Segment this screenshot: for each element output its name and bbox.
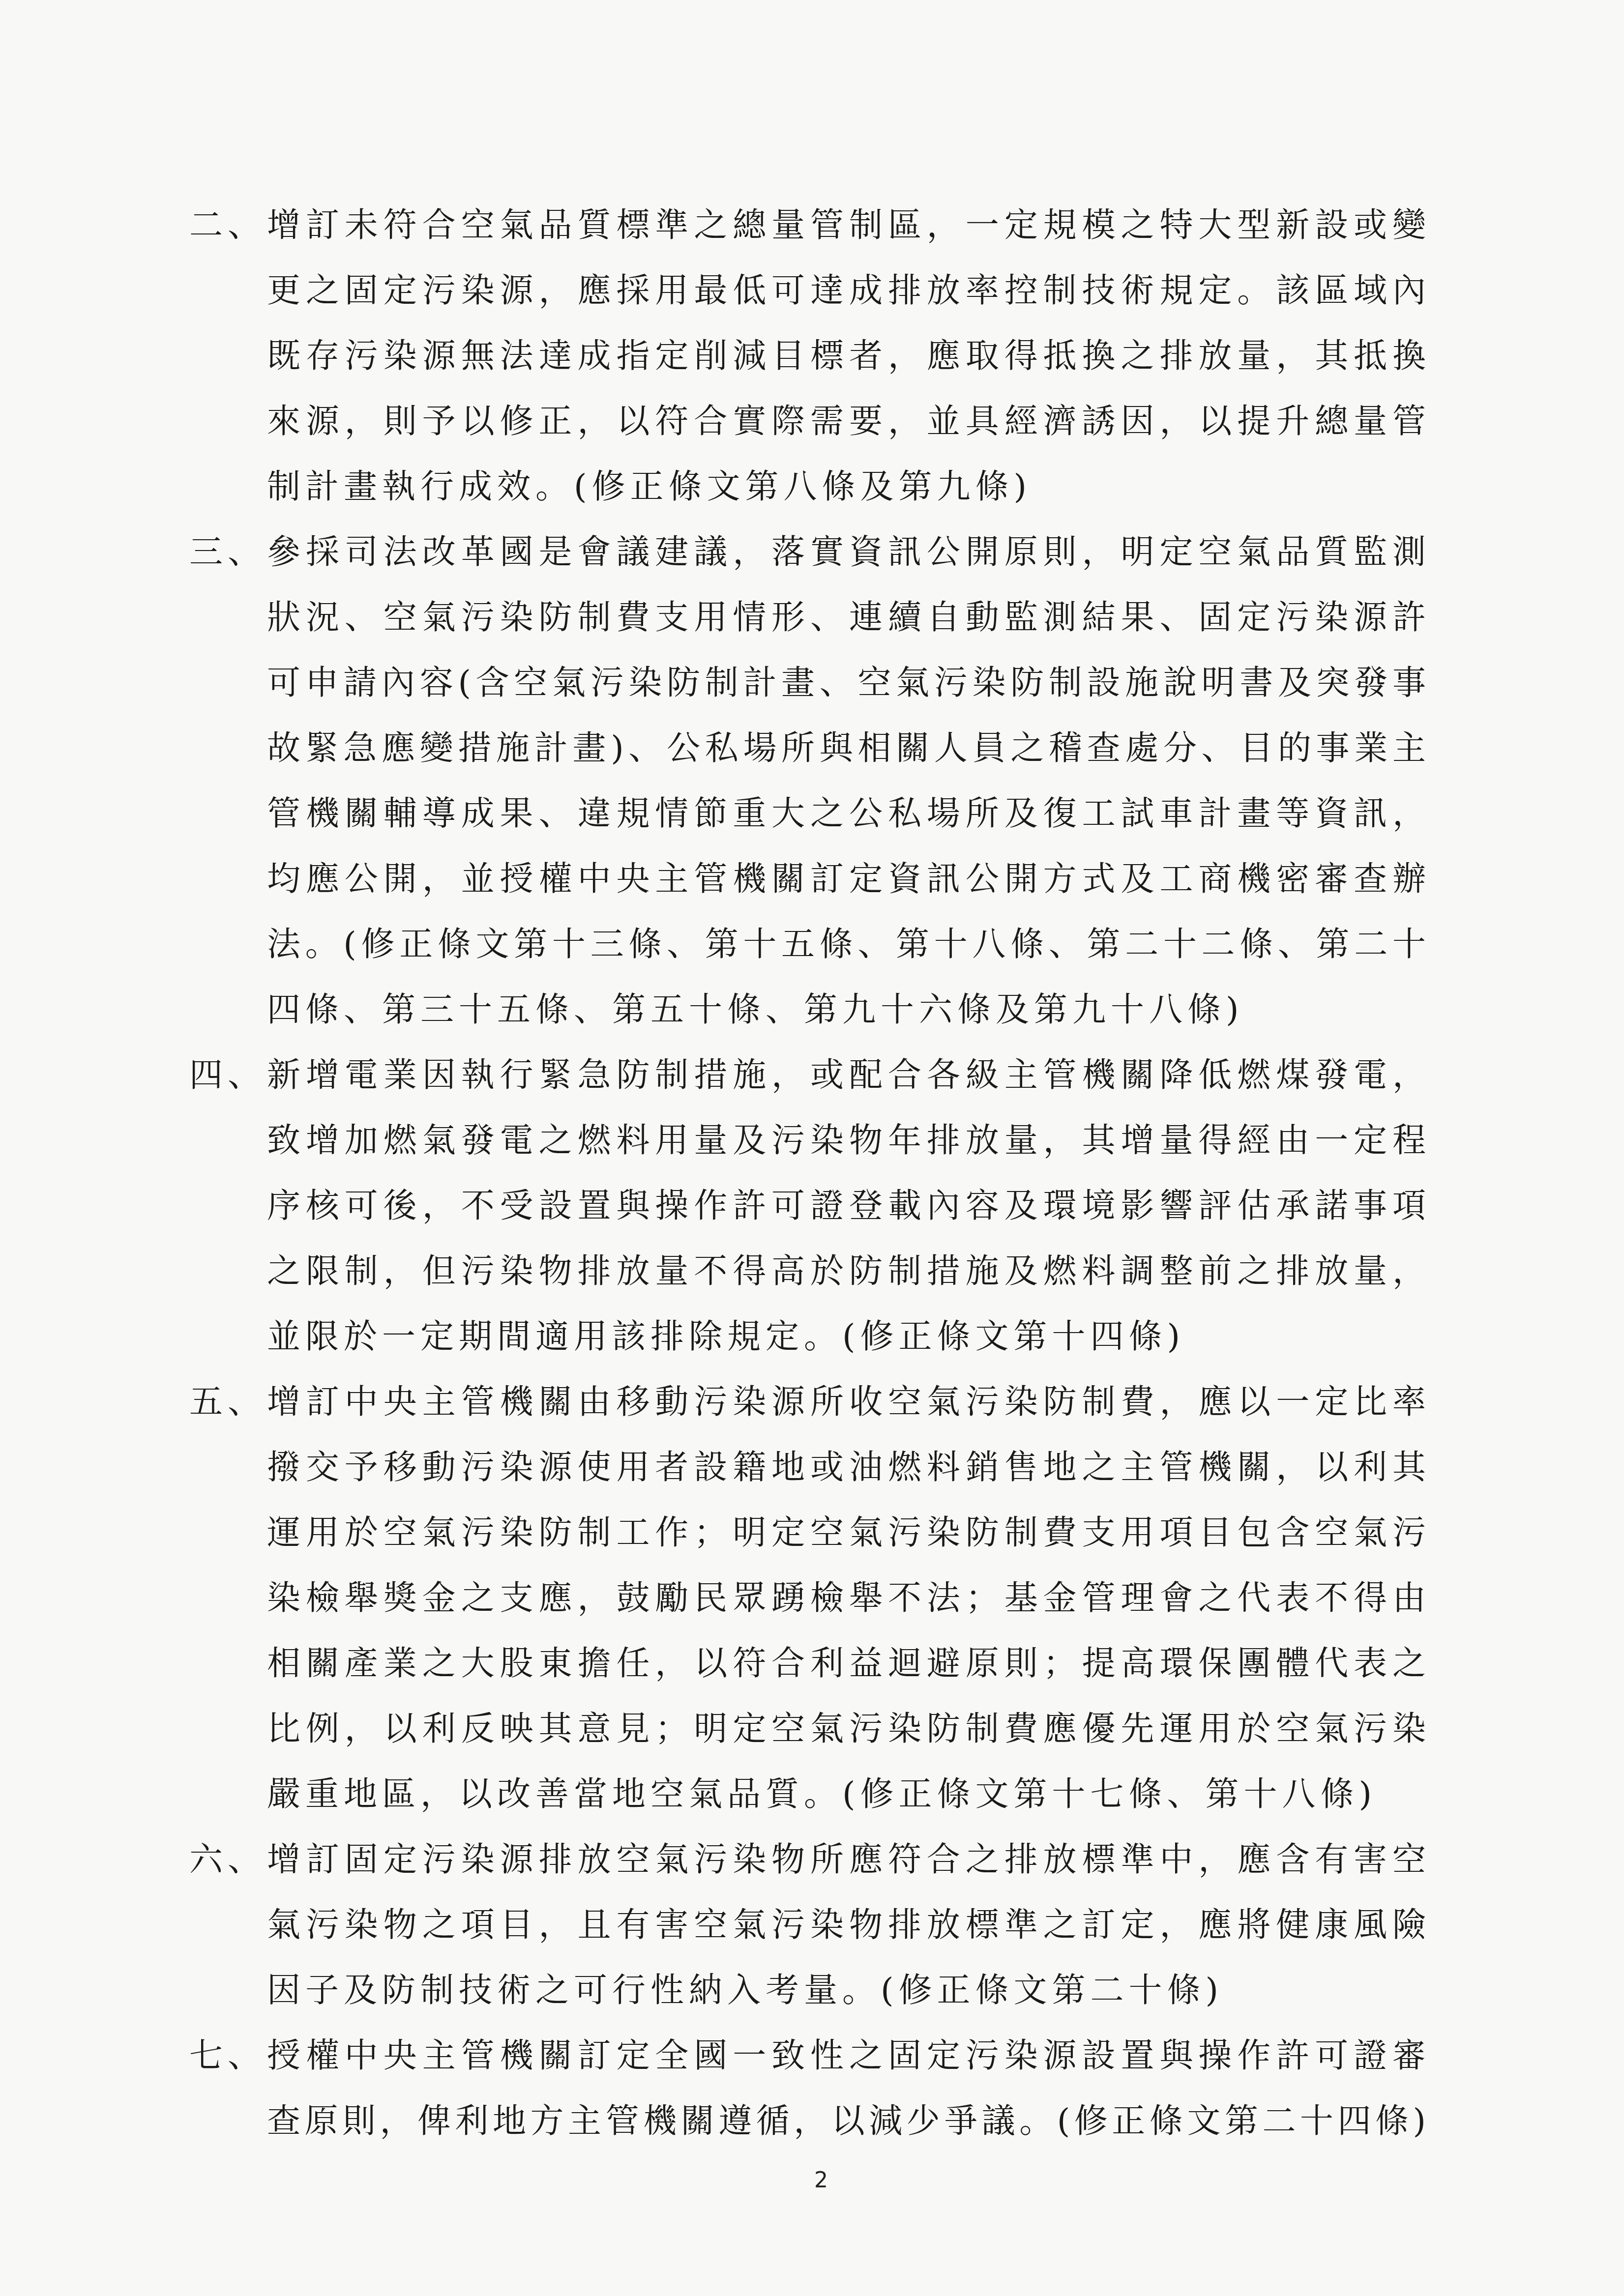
section-2: 二、 增訂未符合空氣品質標準之總量管制區，一定規模之特大型新設或變 更之固定污染…	[189, 193, 1426, 520]
section-number: 六、	[189, 1827, 266, 1892]
section-7: 七、 授權中央主管機關訂定全國一致性之固定污染源設置與操作許可證審 查原則，俾利…	[189, 2023, 1426, 2154]
section-line: 七、 授權中央主管機關訂定全國一致性之固定污染源設置與操作許可證審	[189, 2023, 1426, 2089]
section-line: 四、 新增電業因執行緊急防制措施，或配合各級主管機關降低燃煤發電，	[189, 1043, 1426, 1108]
section-number: 四、	[189, 1043, 266, 1108]
section-line: 法。(修正條文第十三條、第十五條、第十八條、第二十二條、第二十	[189, 912, 1426, 977]
line-text: 來源，則予以修正，以符合實際需要，並具經濟誘因，以提升總量管	[267, 389, 1426, 454]
line-text: 序核可後，不受設置與操作許可證登載內容及環境影響評估承諾事項	[267, 1173, 1426, 1239]
line-text: 致增加燃氣發電之燃料用量及污染物年排放量，其增量得經由一定程	[267, 1108, 1426, 1173]
section-4: 四、 新增電業因執行緊急防制措施，或配合各級主管機關降低燃煤發電， 致增加燃氣發…	[189, 1043, 1426, 1369]
section-line: 六、 增訂固定污染源排放空氣污染物所應符合之排放標準中，應含有害空	[189, 1827, 1426, 1892]
section-line: 致增加燃氣發電之燃料用量及污染物年排放量，其增量得經由一定程	[189, 1108, 1426, 1173]
line-text: 撥交予移動污染源使用者設籍地或油燃料銷售地之主管機關，以利其	[267, 1435, 1426, 1500]
line-text: 法。(修正條文第十三條、第十五條、第十八條、第二十二條、第二十	[267, 912, 1426, 977]
line-text: 故緊急應變措施計畫)、公私場所與相關人員之稽查處分、目的事業主	[267, 716, 1426, 781]
line-text: 之限制，但污染物排放量不得高於防制措施及燃料調整前之排放量，	[267, 1239, 1426, 1304]
line-text: 可申請內容(含空氣污染防制計畫、空氣污染防制設施說明書及突發事	[267, 650, 1426, 716]
line-text: 相關產業之大股東擔任，以符合利益迴避原則；提高環保團體代表之	[267, 1631, 1426, 1696]
line-text: 比例，以利反映其意見；明定空氣污染防制費應優先運用於空氣污染	[267, 1696, 1426, 1762]
section-line: 撥交予移動污染源使用者設籍地或油燃料銷售地之主管機關，以利其	[189, 1435, 1426, 1500]
section-line: 序核可後，不受設置與操作許可證登載內容及環境影響評估承諾事項	[189, 1173, 1426, 1239]
section-line: 四條、第三十五條、第五十條、第九十六條及第九十八條)	[189, 977, 1426, 1043]
section-line: 比例，以利反映其意見；明定空氣污染防制費應優先運用於空氣污染	[189, 1696, 1426, 1762]
section-line: 嚴重地區，以改善當地空氣品質。(修正條文第十七條、第十八條)	[189, 1762, 1426, 1827]
section-line: 可申請內容(含空氣污染防制計畫、空氣污染防制設施說明書及突發事	[189, 650, 1426, 716]
line-text: 均應公開，並授權中央主管機關訂定資訊公開方式及工商機密審查辦	[267, 846, 1426, 912]
section-line: 五、 增訂中央主管機關由移動污染源所收空氣污染防制費，應以一定比率	[189, 1369, 1426, 1435]
line-text: 制計畫執行成效。(修正條文第八條及第九條)	[267, 454, 1426, 520]
line-text: 因子及防制技術之可行性納入考量。(修正條文第二十條)	[267, 1958, 1426, 2023]
section-line: 因子及防制技術之可行性納入考量。(修正條文第二十條)	[189, 1958, 1426, 2023]
section-line: 查原則，俾利地方主管機關遵循，以減少爭議。(修正條文第二十四條)	[189, 2089, 1426, 2154]
section-5: 五、 增訂中央主管機關由移動污染源所收空氣污染防制費，應以一定比率 撥交予移動污…	[189, 1369, 1426, 1827]
document-page: 二、 增訂未符合空氣品質標準之總量管制區，一定規模之特大型新設或變 更之固定污染…	[0, 0, 1624, 2296]
section-line: 三、 參採司法改革國是會議建議，落實資訊公開原則，明定空氣品質監測	[189, 520, 1426, 585]
section-line: 運用於空氣污染防制工作；明定空氣污染防制費支用項目包含空氣污	[189, 1500, 1426, 1566]
line-text: 狀況、空氣污染防制費支用情形、連續自動監測結果、固定污染源許	[267, 585, 1426, 650]
section-6: 六、 增訂固定污染源排放空氣污染物所應符合之排放標準中，應含有害空 氣污染物之項…	[189, 1827, 1426, 2023]
section-number: 五、	[189, 1369, 266, 1435]
line-text: 管機關輔導成果、違規情節重大之公私場所及復工試車計畫等資訊，	[267, 781, 1426, 846]
page-number: 2	[806, 2168, 836, 2193]
section-line: 來源，則予以修正，以符合實際需要，並具經濟誘因，以提升總量管	[189, 389, 1426, 454]
line-text: 並限於一定期間適用該排除規定。(修正條文第十四條)	[267, 1304, 1426, 1369]
section-number: 七、	[189, 2023, 266, 2089]
line-text: 更之固定污染源，應採用最低可達成排放率控制技術規定。該區域內	[267, 258, 1426, 323]
line-text: 參採司法改革國是會議建議，落實資訊公開原則，明定空氣品質監測	[267, 520, 1426, 585]
section-line: 制計畫執行成效。(修正條文第八條及第九條)	[189, 454, 1426, 520]
line-text: 運用於空氣污染防制工作；明定空氣污染防制費支用項目包含空氣污	[267, 1500, 1426, 1566]
section-number: 二、	[189, 193, 266, 258]
line-text: 增訂固定污染源排放空氣污染物所應符合之排放標準中，應含有害空	[267, 1827, 1426, 1892]
line-text: 染檢舉獎金之支應，鼓勵民眾踴檢舉不法；基金管理會之代表不得由	[267, 1566, 1426, 1631]
line-text: 嚴重地區，以改善當地空氣品質。(修正條文第十七條、第十八條)	[267, 1762, 1426, 1827]
section-line: 故緊急應變措施計畫)、公私場所與相關人員之稽查處分、目的事業主	[189, 716, 1426, 781]
section-3: 三、 參採司法改革國是會議建議，落實資訊公開原則，明定空氣品質監測 狀況、空氣污…	[189, 520, 1426, 1043]
section-number: 三、	[189, 520, 266, 585]
section-line: 既存污染源無法達成指定削減目標者，應取得抵換之排放量，其抵換	[189, 323, 1426, 389]
section-line: 相關產業之大股東擔任，以符合利益迴避原則；提高環保團體代表之	[189, 1631, 1426, 1696]
section-line: 染檢舉獎金之支應，鼓勵民眾踴檢舉不法；基金管理會之代表不得由	[189, 1566, 1426, 1631]
line-text: 增訂中央主管機關由移動污染源所收空氣污染防制費，應以一定比率	[267, 1369, 1426, 1435]
line-text: 既存污染源無法達成指定削減目標者，應取得抵換之排放量，其抵換	[267, 323, 1426, 389]
line-text: 查原則，俾利地方主管機關遵循，以減少爭議。(修正條文第二十四條)	[267, 2089, 1426, 2154]
section-line: 之限制，但污染物排放量不得高於防制措施及燃料調整前之排放量，	[189, 1239, 1426, 1304]
section-line: 管機關輔導成果、違規情節重大之公私場所及復工試車計畫等資訊，	[189, 781, 1426, 846]
section-line: 氣污染物之項目，且有害空氣污染物排放標準之訂定，應將健康風險	[189, 1892, 1426, 1958]
line-text: 增訂未符合空氣品質標準之總量管制區，一定規模之特大型新設或變	[267, 193, 1426, 258]
line-text: 四條、第三十五條、第五十條、第九十六條及第九十八條)	[267, 977, 1426, 1043]
section-line: 更之固定污染源，應採用最低可達成排放率控制技術規定。該區域內	[189, 258, 1426, 323]
section-line: 並限於一定期間適用該排除規定。(修正條文第十四條)	[189, 1304, 1426, 1369]
line-text: 氣污染物之項目，且有害空氣污染物排放標準之訂定，應將健康風險	[267, 1892, 1426, 1958]
document-body: 二、 增訂未符合空氣品質標準之總量管制區，一定規模之特大型新設或變 更之固定污染…	[189, 193, 1426, 2154]
section-line: 二、 增訂未符合空氣品質標準之總量管制區，一定規模之特大型新設或變	[189, 193, 1426, 258]
section-line: 狀況、空氣污染防制費支用情形、連續自動監測結果、固定污染源許	[189, 585, 1426, 650]
section-line: 均應公開，並授權中央主管機關訂定資訊公開方式及工商機密審查辦	[189, 846, 1426, 912]
line-text: 新增電業因執行緊急防制措施，或配合各級主管機關降低燃煤發電，	[267, 1043, 1426, 1108]
line-text: 授權中央主管機關訂定全國一致性之固定污染源設置與操作許可證審	[267, 2023, 1426, 2089]
